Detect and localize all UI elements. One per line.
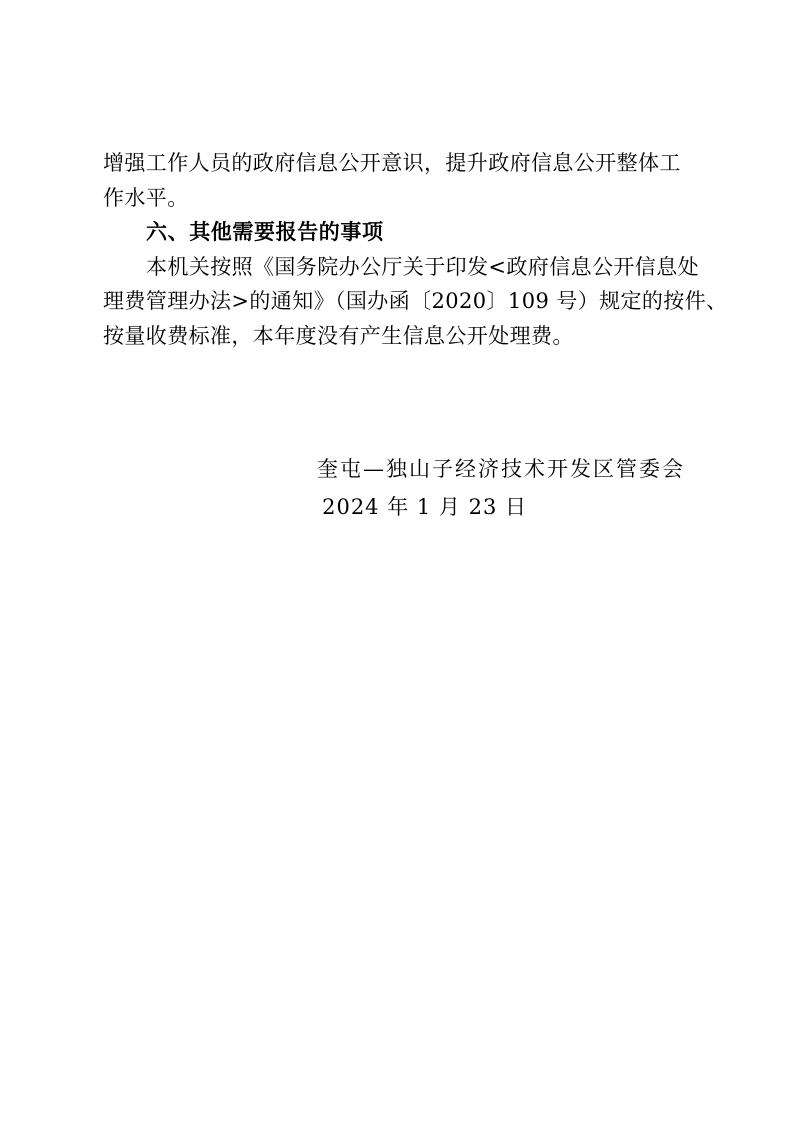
paragraph-fee-line-2: 理费管理办法>的通知》（国办函〔2020〕109 号）规定的按件、 <box>103 284 690 319</box>
paragraph-continuation: 增强工作人员的政府信息公开意识，提升政府信息公开整体工 作水平。 <box>103 146 690 215</box>
paragraph-continuation-line-2: 作水平。 <box>103 181 690 216</box>
paragraph-continuation-line-1: 增强工作人员的政府信息公开意识，提升政府信息公开整体工 <box>103 146 690 181</box>
signature-organization: 奎屯—独山子经济技术开发区管委会 <box>103 452 690 487</box>
document-content: 增强工作人员的政府信息公开意识，提升政府信息公开整体工 作水平。 六、其他需要报… <box>103 146 690 525</box>
signature-date: 2024 年 1 月 23 日 <box>103 490 690 525</box>
signature-block: 奎屯—独山子经济技术开发区管委会 2024 年 1 月 23 日 <box>103 452 690 525</box>
section-heading: 六、其他需要报告的事项 <box>103 215 690 250</box>
paragraph-fee-line-1: 本机关按照《国务院办公厅关于印发<政府信息公开信息处 <box>103 250 690 285</box>
document-page: 增强工作人员的政府信息公开意识，提升政府信息公开整体工 作水平。 六、其他需要报… <box>0 0 793 1122</box>
paragraph-fee-line-3: 按量收费标准，本年度没有产生信息公开处理费。 <box>103 319 690 354</box>
paragraph-fee: 本机关按照《国务院办公厅关于印发<政府信息公开信息处 理费管理办法>的通知》（国… <box>103 250 690 354</box>
